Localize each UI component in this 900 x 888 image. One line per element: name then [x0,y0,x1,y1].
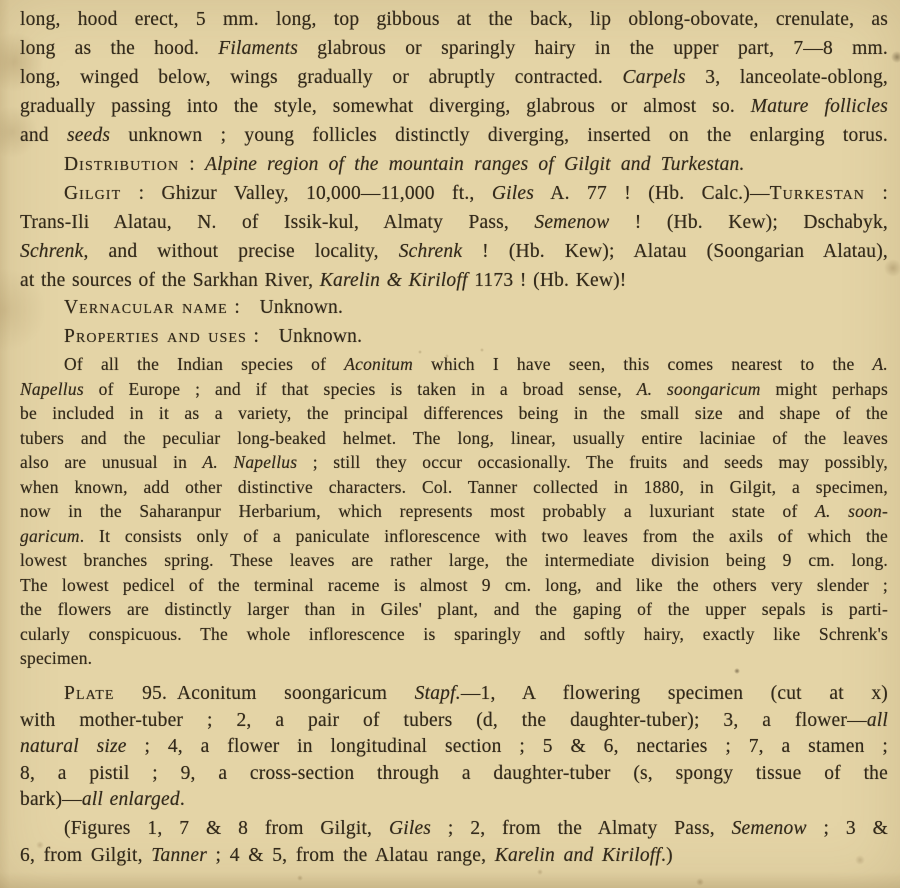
text-segment: . [180,789,185,810]
text-segment: which I have seen, this comes nearest to… [413,354,873,374]
italic-text: all enlarged [82,789,180,810]
text-line: Trans-Ili Alatau, N. of Issik-kul, Almat… [20,208,888,237]
italic-text: Alpine region of the mountain ranges of … [205,154,745,175]
paragraph-observations: Of all the Indian species of Aconitum wh… [20,352,888,671]
text-line: and seeds unknown ; young follicles dist… [20,121,888,150]
text-line: long, hood erect, 5 mm. long, top gibbou… [20,5,888,34]
italic-text: A. soon- [815,501,888,521]
text-segment: long, winged below, wings gradually or a… [20,67,623,88]
text-line: with mother-tuber ; 2, a pair of tubers … [20,708,888,735]
text-line: Distribution : Alpine region of the moun… [20,150,888,179]
text-segment: —1, A flowering specimen (cut at x) [461,683,888,704]
smallcaps-heading: Plate [64,683,115,704]
text-segment: when known, add other distinctive charac… [20,477,888,497]
text-line: The lowest pedicel of the terminal racem… [20,573,888,598]
italic-text: Tanner [151,845,207,866]
italic-text: Filaments [218,38,298,59]
scanned-book-page: long, hood erect, 5 mm. long, top gibbou… [0,0,900,888]
text-segment: : Unknown. [247,326,362,347]
text-segment: ; 3 & [807,818,888,839]
text-line: when known, add other distinctive charac… [20,475,888,500]
text-segment: . It consists only of a paniculate inflo… [80,526,888,546]
text-segment: ; 4 & 5, from the Alatau range, [207,845,495,866]
text-line: natural size ; 4, a flower in longitudin… [20,734,888,761]
text-segment: unknown ; young follicles distinctly div… [110,125,888,146]
text-segment: specimen. [20,648,92,668]
text-line: Of all the Indian species of Aconitum wh… [20,352,888,377]
text-segment: 8, a pistil ; 9, a cross-section through… [20,763,888,784]
text-segment: (Figures 1, 7 & 8 from Gilgit, [64,818,389,839]
text-segment: , and without precise locality, [83,241,398,262]
text-line: (Figures 1, 7 & 8 from Gilgit, Giles ; 2… [20,816,888,843]
paragraph-gilgit-turkestan: Gilgit : Ghizur Valley, 10,000—11,000 ft… [20,179,888,295]
text-line: garicum. It consists only of a paniculat… [20,524,888,549]
text-segment: might perhaps [761,379,888,399]
text-line: gradually passing into the style, somewh… [20,92,888,121]
text-line: be included in it as a variety, the prin… [20,401,888,426]
italic-text: Stapf. [415,683,461,704]
text-segment: and [20,125,67,146]
italic-text: Napellus [20,379,84,399]
text-line: also are unusual in A. Napellus ; still … [20,450,888,475]
italic-text: Giles [492,183,534,204]
italic-text: Karelin and Kiriloff [495,845,661,866]
text-line: 8, a pistil ; 9, a cross-section through… [20,761,888,788]
text-segment: ; still they occur occasionally. The fru… [297,452,888,472]
text-line: the flowers are distinctly larger than i… [20,597,888,622]
smallcaps-heading: Distribution [64,154,179,175]
text-segment: with mother-tuber ; 2, a pair of tubers … [20,710,867,731]
paragraph-properties-and-uses: Properties and uses : Unknown. [20,322,888,351]
text-line: at the sources of the Sarkhan River, Kar… [20,266,888,295]
italic-text: A. [873,354,888,374]
italic-text: Aconitum [344,354,413,374]
italic-text: garicum [20,526,80,546]
text-segment: glabrous or sparingly hairy in the upper… [298,38,888,59]
italic-text: seeds [67,125,110,146]
text-segment: of Europe ; and if that species is taken… [84,379,637,399]
text-segment: : [865,183,888,204]
text-line: lowest branches spring. These leaves are… [20,548,888,573]
text-segment: long, hood erect, 5 mm. long, top gibbou… [20,9,888,30]
text-segment: gradually passing into the style, somewh… [20,96,751,117]
text-segment: The lowest pedicel of the terminal racem… [20,575,888,595]
text-line: Gilgit : Ghizur Valley, 10,000—11,000 ft… [20,179,888,208]
text-line: long, winged below, wings gradually or a… [20,63,888,92]
smallcaps-heading: Vernacular name [64,297,228,318]
smallcaps-heading: Turkestan [770,183,865,204]
text-line: Properties and uses : Unknown. [20,322,888,351]
italic-text: Carpels [623,67,686,88]
italic-text: A. Napellus [203,452,298,472]
text-segment: at the sources of the Sarkhan River, [20,270,320,291]
paragraph-vernacular-name: Vernacular name : Unknown. [20,293,888,322]
text-segment: Trans-Ili Alatau, N. of Issik-kul, Almat… [20,212,534,233]
text-segment: .) [661,845,673,866]
text-segment: Of all the Indian species of [64,354,344,374]
text-segment: the flowers are distinctly larger than i… [20,599,888,619]
text-segment: bark)— [20,789,82,810]
text-line: specimen. [20,646,888,671]
paragraph-figures-note: (Figures 1, 7 & 8 from Gilgit, Giles ; 2… [20,816,888,869]
text-segment: A. 77 ! (Hb. Calc.)— [534,183,770,204]
text-segment: ! (Hb. Kew); Dschabyk, [609,212,888,233]
italic-text: Mature follicles [751,96,888,117]
italic-text: natural size [20,736,127,757]
italic-text: Giles [389,818,431,839]
text-segment: tubers and the peculiar long-beaked helm… [20,428,888,448]
italic-text: all [867,710,888,731]
paragraph-plate-caption: Plate 95. Aconitum soongaricum Stapf.—1,… [20,681,888,814]
text-segment: now in the Saharanpur Herbarium, which r… [20,501,815,521]
text-segment: 6, from Gilgit, [20,845,151,866]
paragraph-species-description: long, hood erect, 5 mm. long, top gibbou… [20,5,888,150]
text-line: bark)—all enlarged. [20,787,888,814]
text-segment: cularly conspicuous. The whole infloresc… [20,624,888,644]
text-line: Napellus of Europe ; and if that species… [20,377,888,402]
text-segment: long as the hood. [20,38,218,59]
italic-text: Schrenk [399,241,462,262]
text-segment: also are unusual in [20,452,203,472]
text-line: Plate 95. Aconitum soongaricum Stapf.—1,… [20,681,888,708]
italic-text: A. soongaricum [637,379,761,399]
smallcaps-heading: Gilgit [64,183,121,204]
text-line: 6, from Gilgit, Tanner ; 4 & 5, from the… [20,843,888,870]
text-segment: 3, lanceolate-oblong, [686,67,888,88]
text-segment: ; 4, a flower in longitudinal section ; … [127,736,888,757]
text-line: long as the hood. Filaments glabrous or … [20,34,888,63]
italic-text: Semenow [732,818,807,839]
text-segment: : Ghizur Valley, 10,000—11,000 ft., [121,183,492,204]
italic-text: Schrenk [20,241,83,262]
text-segment: 1173 ! (Hb. Kew)! [468,270,627,291]
text-segment: 95. Aconitum soongaricum [115,683,415,704]
italic-text: Semenow [534,212,609,233]
text-segment: ; 2, from the Almaty Pass, [431,818,732,839]
text-line: Vernacular name : Unknown. [20,293,888,322]
text-segment: : [179,154,205,175]
text-line: cularly conspicuous. The whole infloresc… [20,622,888,647]
text-line: Schrenk, and without precise locality, S… [20,237,888,266]
text-line: tubers and the peculiar long-beaked helm… [20,426,888,451]
text-segment: be included in it as a variety, the prin… [20,403,888,423]
text-line: now in the Saharanpur Herbarium, which r… [20,499,888,524]
smallcaps-heading: Properties and uses [64,326,247,347]
paragraph-distribution: Distribution : Alpine region of the moun… [20,150,888,179]
text-segment: : Unknown. [228,297,343,318]
italic-text: Karelin & Kiriloff [320,270,468,291]
text-segment: lowest branches spring. These leaves are… [20,550,888,570]
text-segment: ! (Hb. Kew); Alatau (Soongarian Alatau), [462,241,888,262]
